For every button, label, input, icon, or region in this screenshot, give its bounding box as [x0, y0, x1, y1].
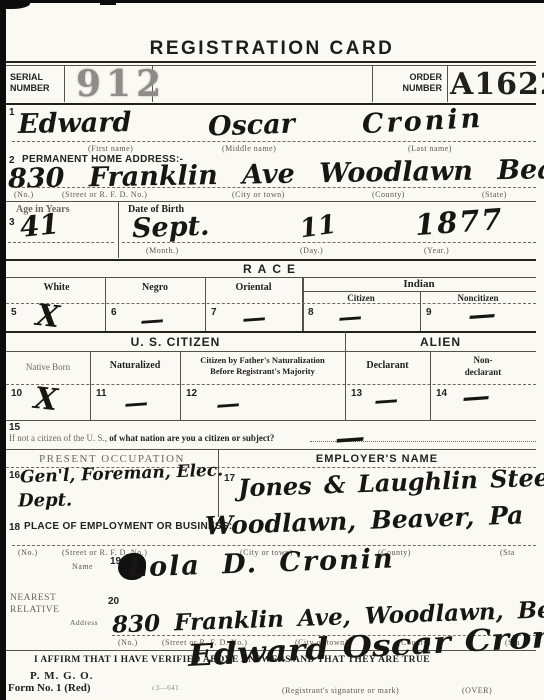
rule: [6, 351, 536, 352]
race-negro-number: 6: [111, 307, 117, 318]
race-title: RACE: [0, 262, 544, 276]
line-18-number: 18: [9, 522, 20, 533]
race-white-mark: X: [34, 301, 60, 333]
declarant-label: Declarant: [345, 360, 430, 371]
scan-edge-left: [0, 0, 6, 700]
rule: [6, 420, 536, 421]
rule: [118, 201, 119, 258]
rule: [12, 187, 536, 188]
rule: [372, 66, 373, 102]
serial-number-value: 912: [76, 63, 166, 105]
dob-month-value: Sept.: [132, 213, 210, 243]
father-naturalization-mark: —: [215, 391, 239, 416]
race-negro-mark: —: [139, 307, 163, 332]
rule: [6, 303, 536, 304]
rule: [64, 66, 65, 102]
serial-number-label: SERIAL NUMBER: [10, 72, 50, 95]
occupation-value-line1: Gen'l, Foreman, Elec.: [20, 462, 224, 486]
nondeclarant-number: 14: [436, 388, 447, 399]
middle-name-caption: (Middle name): [222, 144, 276, 153]
race-oriental-number: 7: [211, 307, 217, 318]
year-caption: (Year.): [424, 246, 449, 255]
form-number-label: Form No. 1 (Red): [8, 682, 90, 694]
relative-address-label: Address: [70, 618, 98, 627]
father-naturalization-number: 12: [186, 388, 197, 399]
line-15-number: 15: [9, 422, 20, 433]
rule: [302, 291, 536, 292]
rule: [447, 66, 448, 102]
page-title: REGISTRATION CARD: [0, 38, 544, 60]
line-16-number: 16: [9, 470, 20, 481]
month-caption: (Month.): [146, 246, 179, 255]
race-noncitizen-mark: —: [467, 300, 495, 330]
native-born-label: Native Born: [6, 362, 90, 372]
race-citizen-mark: —: [337, 304, 361, 329]
address-caption-county: (County): [372, 190, 405, 199]
naturalized-mark: —: [123, 390, 147, 415]
father-naturalization-label: Citizen by Father's Naturalization Befor…: [182, 355, 343, 377]
last-name-caption: (Last name): [408, 144, 452, 153]
rule: [6, 331, 536, 333]
native-born-mark: X: [32, 384, 58, 416]
rule: [122, 242, 536, 243]
race-negro-label: Negro: [105, 282, 205, 293]
first-name-value: Edward: [18, 109, 132, 138]
employment-caption-state: (Sta: [500, 548, 515, 557]
address-caption-street: (Street or R. F. D. No.): [62, 190, 147, 199]
occupation-value-line2: Dept.: [18, 492, 73, 511]
race-white-number: 5: [11, 307, 17, 318]
rule: [12, 141, 536, 142]
race-noncitizen-number: 9: [426, 307, 432, 318]
dob-year-value: 1877: [414, 205, 505, 240]
dob-day-value: 11: [298, 212, 337, 243]
address-caption-state: (State): [482, 190, 507, 199]
rule: [6, 384, 536, 385]
rule: [6, 201, 536, 202]
rule: [6, 259, 536, 261]
employment-place-value: Woodlawn, Beaver, Pa: [205, 502, 524, 538]
rule: [12, 545, 536, 546]
employer-name-value: Jones & Laughlin Steel Co: [238, 464, 544, 501]
nation-question-bold: of what nation are you a citizen or subj…: [109, 433, 274, 443]
nondeclarant-mark: —: [461, 382, 489, 412]
alien-title: ALIEN: [345, 335, 536, 349]
age-value: 41: [19, 210, 61, 242]
relative-caption-no: (No.): [118, 638, 138, 647]
middle-name-value: Oscar: [208, 110, 296, 140]
employment-place-label: PLACE OF EMPLOYMENT OR BUSINESS:: [24, 521, 233, 532]
relative-name-label: Name: [72, 562, 93, 571]
declarant-mark: —: [373, 387, 397, 412]
rule: [8, 242, 114, 243]
naturalized-label: Naturalized: [90, 360, 180, 371]
registration-card-scan: REGISTRATION CARD SERIAL NUMBER 912 ORDE…: [0, 0, 544, 700]
line-1-number: 1: [9, 107, 15, 118]
race-indian-citizen-label: Citizen: [302, 293, 420, 303]
race-oriental-label: Oriental: [205, 282, 302, 293]
relative-name-value: Lola D. Cronin: [128, 545, 395, 581]
us-citizen-title: U. S. CITIZEN: [6, 335, 345, 349]
rule: [180, 351, 181, 420]
day-caption: (Day.): [300, 246, 323, 255]
race-citizen-number: 8: [308, 307, 314, 318]
declarant-number: 13: [351, 388, 362, 399]
over-caption: (OVER): [462, 686, 492, 695]
nation-question-light: If not a citizen of the U. S.,: [9, 433, 109, 443]
race-indian-label: Indian: [302, 278, 536, 290]
employers-name-title: EMPLOYER'S NAME: [218, 453, 536, 465]
address-caption-city: (City or town): [232, 190, 285, 199]
order-number-value: A1622: [450, 67, 544, 102]
line-17-number: 17: [224, 473, 235, 484]
scan-edge-top: [0, 0, 544, 3]
order-number-label: ORDER NUMBER: [380, 72, 442, 95]
scan-corner-blob: [0, 0, 30, 9]
line-3-number: 3: [9, 217, 15, 228]
race-white-label: White: [8, 282, 105, 293]
nondeclarant-label: Non- declarant: [430, 355, 536, 378]
last-name-value: Cronin: [361, 105, 483, 138]
nearest-relative-label: NEAREST RELATIVE: [10, 592, 70, 617]
scan-nub: [100, 0, 116, 5]
naturalized-number: 11: [96, 388, 107, 399]
nation-question: If not a citizen of the U. S., of what n…: [9, 433, 274, 443]
line-20-number: 20: [108, 596, 119, 607]
employment-caption-no: (No.): [18, 548, 38, 557]
race-oriental-mark: —: [241, 305, 265, 330]
native-born-number: 10: [11, 388, 22, 399]
first-name-caption: (First name): [88, 144, 133, 153]
signature-caption: (Registrant's signature or mark): [282, 686, 399, 695]
pmgo-label: P. M. G. O.: [30, 670, 93, 682]
rule: [6, 449, 536, 450]
address-caption-no: (No.): [14, 190, 34, 199]
print-code: c3—641: [152, 684, 179, 692]
nation-answer-mark: —: [334, 423, 362, 455]
